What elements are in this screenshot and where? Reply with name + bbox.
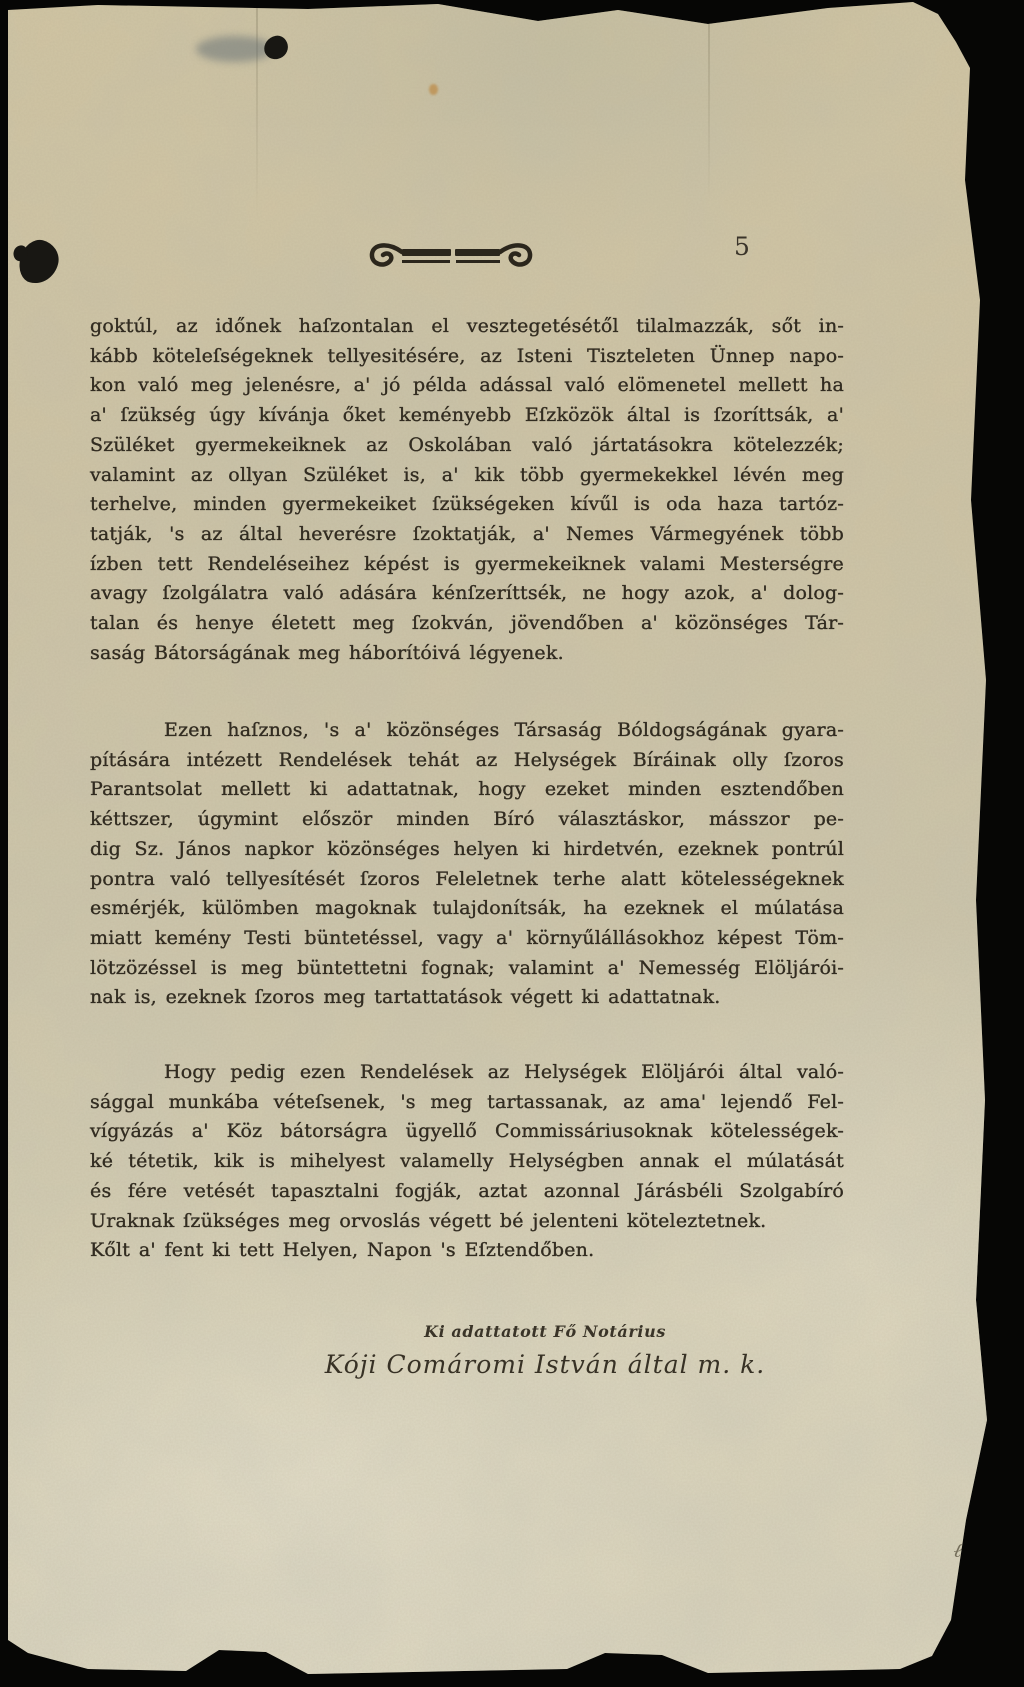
header-flourish-ornament — [366, 240, 536, 274]
text-line: Hogy pedig ezen Rendelések az Helységek … — [90, 1058, 844, 1088]
paragraph: Ezen haſznos, 's a' közönséges Társaság … — [90, 716, 844, 1013]
paragraph: Hogy pedig ezen Rendelések az Helységek … — [90, 1058, 844, 1266]
text-line: kább köteleſségeknek tellyesitésére, az … — [90, 342, 844, 372]
page-number: 5 — [734, 232, 751, 261]
ink-blot — [262, 34, 290, 61]
stray-pencil-mark: ℓ — [951, 1537, 965, 1563]
paper-crease — [708, 12, 710, 202]
text-line: talan és henye életett meg ſzokván, jöve… — [90, 609, 844, 639]
text-line: Uraknak ſzükséges meg orvoslás végett bé… — [90, 1207, 844, 1237]
signature-role-line: Ki adattatott Fő Notárius — [310, 1322, 780, 1341]
text-line: ízben tett Rendeléseihez képést is gyerm… — [90, 550, 844, 580]
text-line: kon való meg jelenésre, a' jó példa adás… — [90, 371, 844, 401]
paragraph: goktúl, az időnek haſzontalan el veszteg… — [90, 312, 844, 668]
page-curl-shadow — [984, 1400, 1010, 1670]
text-line: nak is, ezeknek ſzoros meg tartattatások… — [90, 983, 844, 1013]
text-line: ké tétetik, kik is mihelyest valamelly H… — [90, 1147, 844, 1177]
document-page: 5 goktúl, az időnek haſzontalan el veszt… — [8, 0, 1010, 1687]
text-line: kéttszer, úgymint először minden Bíró vá… — [90, 805, 844, 835]
text-line: goktúl, az időnek haſzontalan el veszteg… — [90, 312, 844, 342]
paper-stain — [429, 84, 438, 95]
ink-smudge — [196, 36, 274, 62]
text-line: pítására intézett Rendelések tehát az He… — [90, 746, 844, 776]
text-line: valamint az ollyan Szüléket is, a' kik t… — [90, 461, 844, 491]
signature-name-line: Kóji Comáromi István által m. k. — [310, 1350, 780, 1379]
text-line: Parantsolat mellett ki adattatnak, hogy … — [90, 775, 844, 805]
scanned-document: 5 goktúl, az időnek haſzontalan el veszt… — [0, 0, 1024, 1687]
text-line: vígyázás a' Köz bátorságra ügyellő Commi… — [90, 1117, 844, 1147]
text-line: pontra való tellyesítését ſzoros Felelet… — [90, 865, 844, 895]
text-line: Ezen haſznos, 's a' közönséges Társaság … — [90, 716, 844, 746]
signature-block: Ki adattatott Fő Notárius Kóji Comáromi … — [310, 1322, 780, 1379]
text-line: esmérjék, külömben magoknak tulajdonítsá… — [90, 894, 844, 924]
text-line: saság Bátorságának meg háborítóivá légye… — [90, 639, 844, 669]
text-line: dig Sz. János napkor közönséges helyen k… — [90, 835, 844, 865]
text-line: és fére vetését tapasztalni fogják, azta… — [90, 1177, 844, 1207]
text-line: miatt kemény Testi büntetéssel, vagy a' … — [90, 924, 844, 954]
text-line: a' ſzükség úgy kívánja őket keményebb Eſ… — [90, 401, 844, 431]
text-line: Szüléket gyermekeiknek az Oskolában való… — [90, 431, 844, 461]
text-line: sággal munkába véteſsenek, 's meg tartas… — [90, 1088, 844, 1118]
text-line: terhelve, minden gyermekeiket ſzükségeke… — [90, 490, 844, 520]
text-line: avagy ſzolgálatra való adására kénſzerít… — [90, 579, 844, 609]
text-line: Kőlt a' fent ki tett Helyen, Napon 's Eſ… — [90, 1236, 844, 1266]
text-line: lötzözéssel is meg büntettetni fognak; v… — [90, 954, 844, 984]
text-line: tatják, 's az által heverésre ſzoktatják… — [90, 520, 844, 550]
ink-blot — [15, 236, 63, 288]
